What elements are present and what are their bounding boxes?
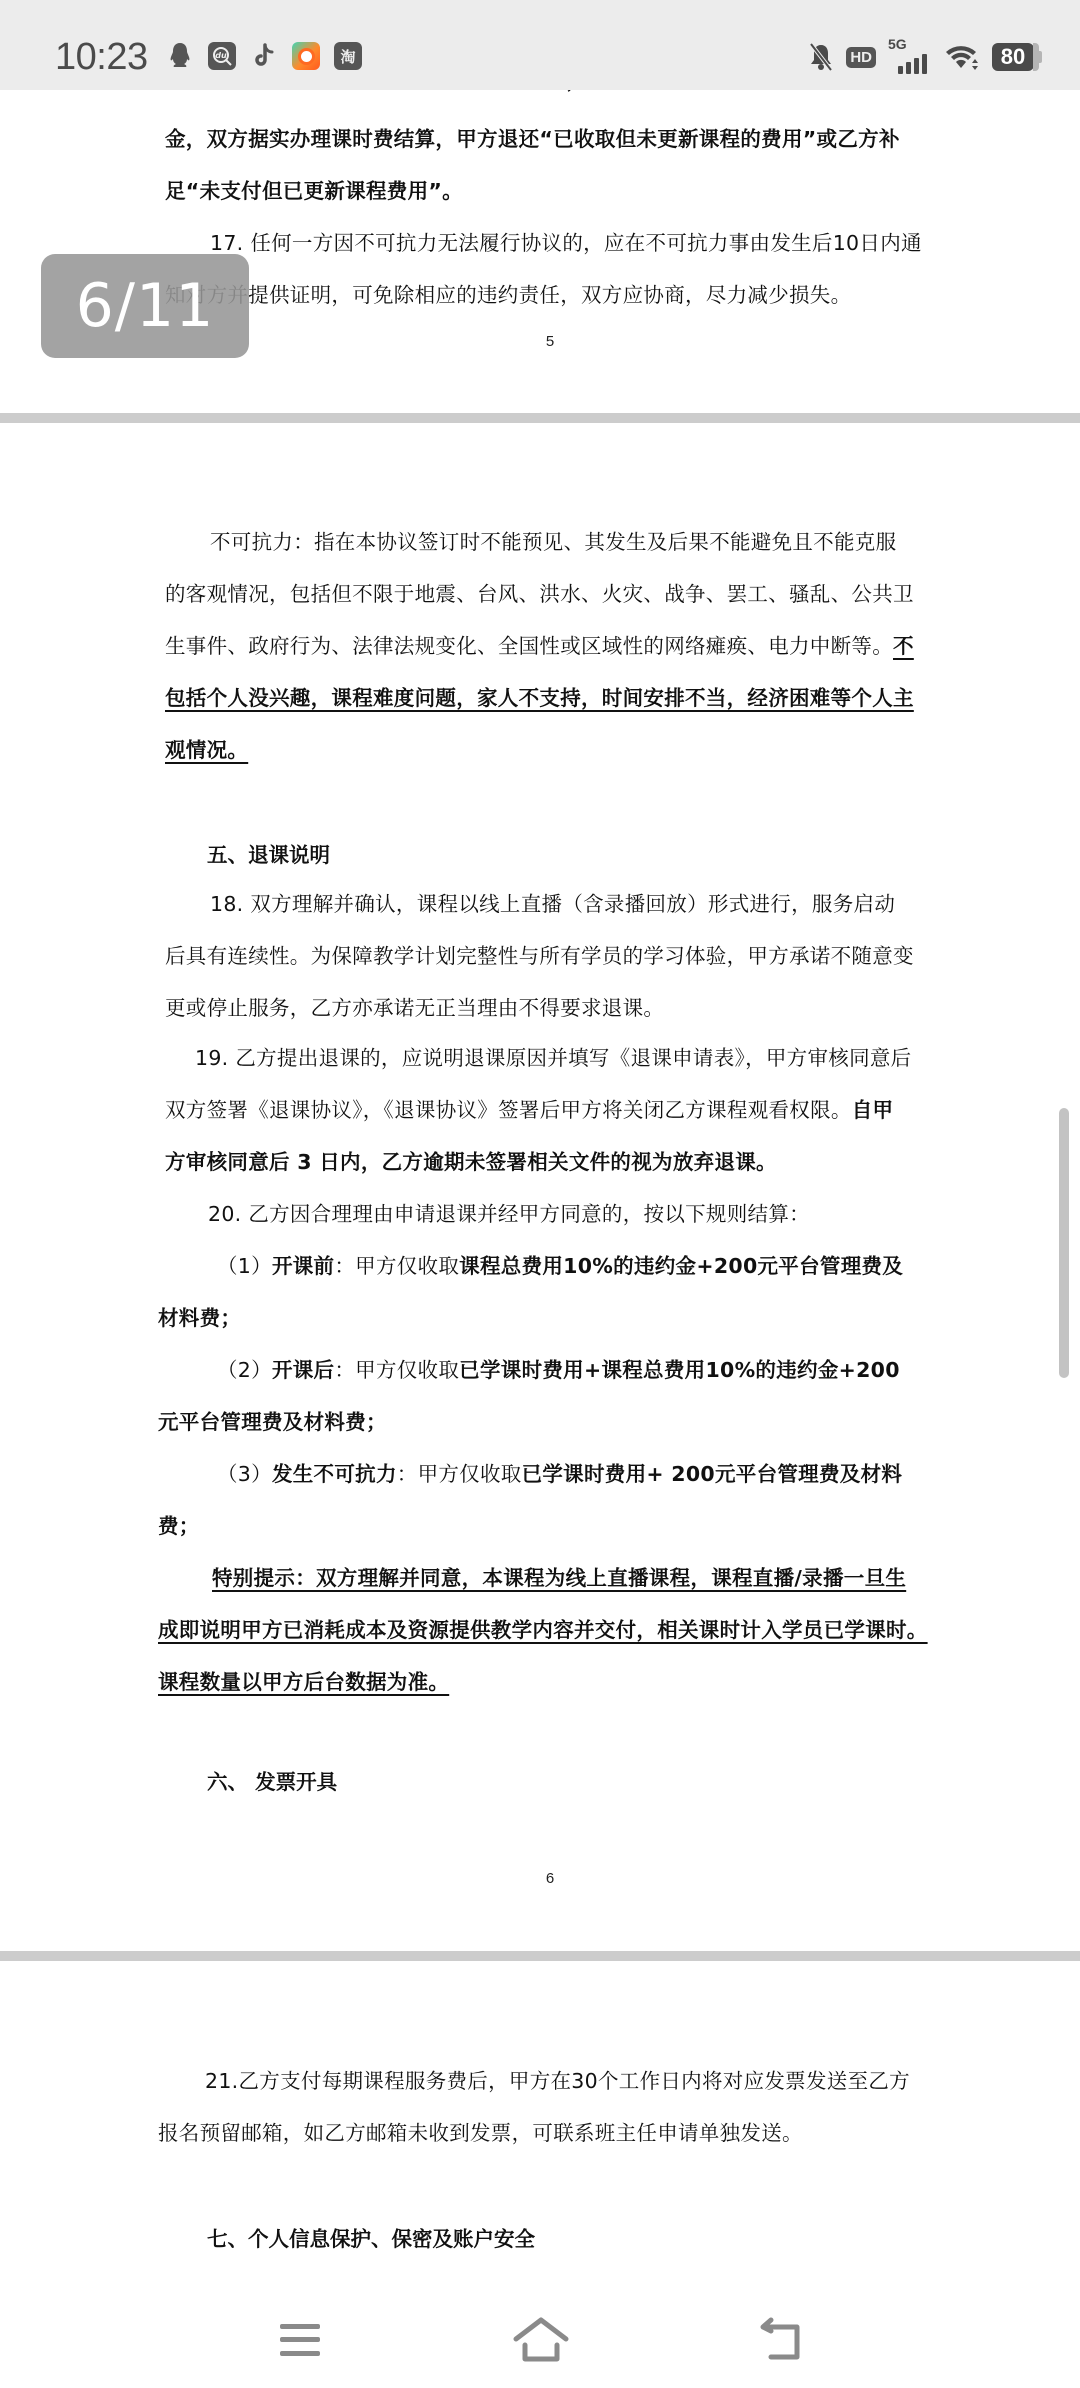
qq-icon bbox=[166, 42, 194, 70]
force-majeure-line3: 生事件、政府行为、法律法规变化、全国性或区域性的网络瘫痪、电力中断等。不 bbox=[165, 632, 905, 660]
battery-icon: 80 bbox=[992, 43, 1042, 71]
clause-20-item3-line2: 费； bbox=[158, 1512, 898, 1540]
tiktok-icon bbox=[250, 42, 278, 70]
clause-17-line2: 知对方并提供证明，可免除相应的违约责任，双方应协商，尽力减少损失。 bbox=[165, 281, 905, 309]
page-separator bbox=[0, 1951, 1080, 1961]
section-7-heading: 七、个人信息保护、保密及账户安全 bbox=[207, 2222, 535, 2252]
menu-icon bbox=[278, 2320, 322, 2360]
page-indicator: 6/11 bbox=[41, 254, 249, 358]
section-5-heading: 五、退课说明 bbox=[207, 838, 330, 868]
page-number-6: 6 bbox=[0, 1870, 1080, 1887]
back-button[interactable] bbox=[746, 2310, 816, 2370]
clock: 10:23 bbox=[55, 36, 148, 79]
special-notice-line2: 成即说明甲方已消耗成本及资源提供教学内容并交付，相关课时计入学员已学课时。 bbox=[158, 1616, 905, 1644]
clause-19-line1: 19. 乙方提出退课的，应说明退课原因并填写《退课申请表》，甲方审核同意后 bbox=[195, 1044, 905, 1072]
clause-16-line2: 金，双方据实办理课时费结算，甲方退还“已收取但未更新课程的费用”或乙方补 bbox=[165, 125, 905, 153]
back-icon bbox=[757, 2317, 805, 2363]
mute-bell-icon bbox=[808, 42, 834, 72]
clause-21-line2: 报名预留邮箱，如乙方邮箱未收到发票，可联系班主任申请单独发送。 bbox=[158, 2119, 898, 2147]
clause-19-line2: 双方签署《退课协议》，《退课协议》签署后甲方将关闭乙方课程观看权限。自甲 bbox=[165, 1096, 905, 1124]
system-icons: HD 5G 80 bbox=[808, 40, 1042, 74]
clause-20-item1-line1: （1）开课前：甲方仅收取课程总费用10%的违约金+200元平台管理费及 bbox=[217, 1252, 957, 1280]
clause-18-line1: 18. 双方理解并确认，课程以线上直播（含录播回放）形式进行，服务启动 bbox=[210, 890, 905, 918]
clause-18-line2: 后具有连续性。为保障教学计划完整性与所有学员的学习体验，甲方承诺不随意变 bbox=[165, 942, 905, 970]
force-majeure-line2: 的客观情况，包括但不限于地震、台风、洪水、火灾、战争、罢工、骚乱、公共卫 bbox=[165, 580, 905, 608]
navigation-bar bbox=[0, 2290, 1080, 2388]
video-app-icon bbox=[292, 42, 320, 70]
du-search-icon: du bbox=[208, 42, 236, 70]
clause-20-item2-line1: （2）开课后：甲方仅收取已学课时费用+课程总费用10%的违约金+200 bbox=[217, 1356, 957, 1384]
special-notice-line3: 课程数量以甲方后台数据为准。 bbox=[158, 1668, 898, 1696]
force-majeure-line4: 包括个人没兴趣，课程难度问题，家人不支持，时间安排不当，经济困难等个人主 bbox=[165, 684, 905, 712]
menu-button[interactable] bbox=[265, 2310, 335, 2370]
hd-voice-icon: HD bbox=[846, 47, 876, 68]
page-separator bbox=[0, 413, 1080, 423]
status-bar: 10:23 du 淘 HD 5G 80 bbox=[0, 0, 1080, 90]
svg-text:du: du bbox=[215, 51, 227, 60]
taobao-icon: 淘 bbox=[334, 42, 362, 70]
clause-20-intro: 20. 乙方因合理理由申请退课并经甲方同意的，按以下规则结算： bbox=[208, 1200, 948, 1228]
home-icon bbox=[513, 2317, 569, 2363]
clause-20-item2-line2: 元平台管理费及材料费； bbox=[158, 1408, 898, 1436]
clause-20-item1-line2: 材料费； bbox=[158, 1304, 898, 1332]
scrollbar-thumb[interactable] bbox=[1059, 1108, 1069, 1378]
force-majeure-line1: 不可抗力：指在本协议签订时不能预见、其发生及后果不能避免且不能克服 bbox=[210, 528, 905, 556]
cellular-signal-icon: 5G bbox=[888, 40, 932, 74]
clause-21-line1: 21.乙方支付每期课程服务费后，甲方在30个工作日内将对应发票发送至乙方 bbox=[205, 2067, 905, 2095]
force-majeure-line5: 观情况。 bbox=[165, 736, 905, 764]
section-6-heading: 六、 发票开具 bbox=[207, 1765, 337, 1795]
special-notice-line1: 特别提示：双方理解并同意，本课程为线上直播课程，课程直播/录播一旦生 bbox=[212, 1564, 905, 1592]
clause-18-line3: 更或停止服务，乙方亦承诺无正当理由不得要求退课。 bbox=[165, 994, 905, 1022]
clause-20-item3-line1: （3）发生不可抗力：甲方仅收取已学课时费用+ 200元平台管理费及材料 bbox=[217, 1460, 957, 1488]
notification-icons: du 淘 bbox=[166, 42, 362, 70]
clause-17-line1: 17. 任何一方因不可抗力无法履行协议的，应在不可抗力事由发生后10日内通 bbox=[210, 229, 905, 257]
clause-16-line3: 足“未支付但已更新课程费用”。 bbox=[165, 177, 905, 205]
wifi-icon bbox=[944, 42, 980, 72]
clause-19-line3: 方审核同意后 3 日内，乙方逾期未签署相关文件的视为放弃退课。 bbox=[165, 1148, 905, 1176]
home-button[interactable] bbox=[506, 2310, 576, 2370]
